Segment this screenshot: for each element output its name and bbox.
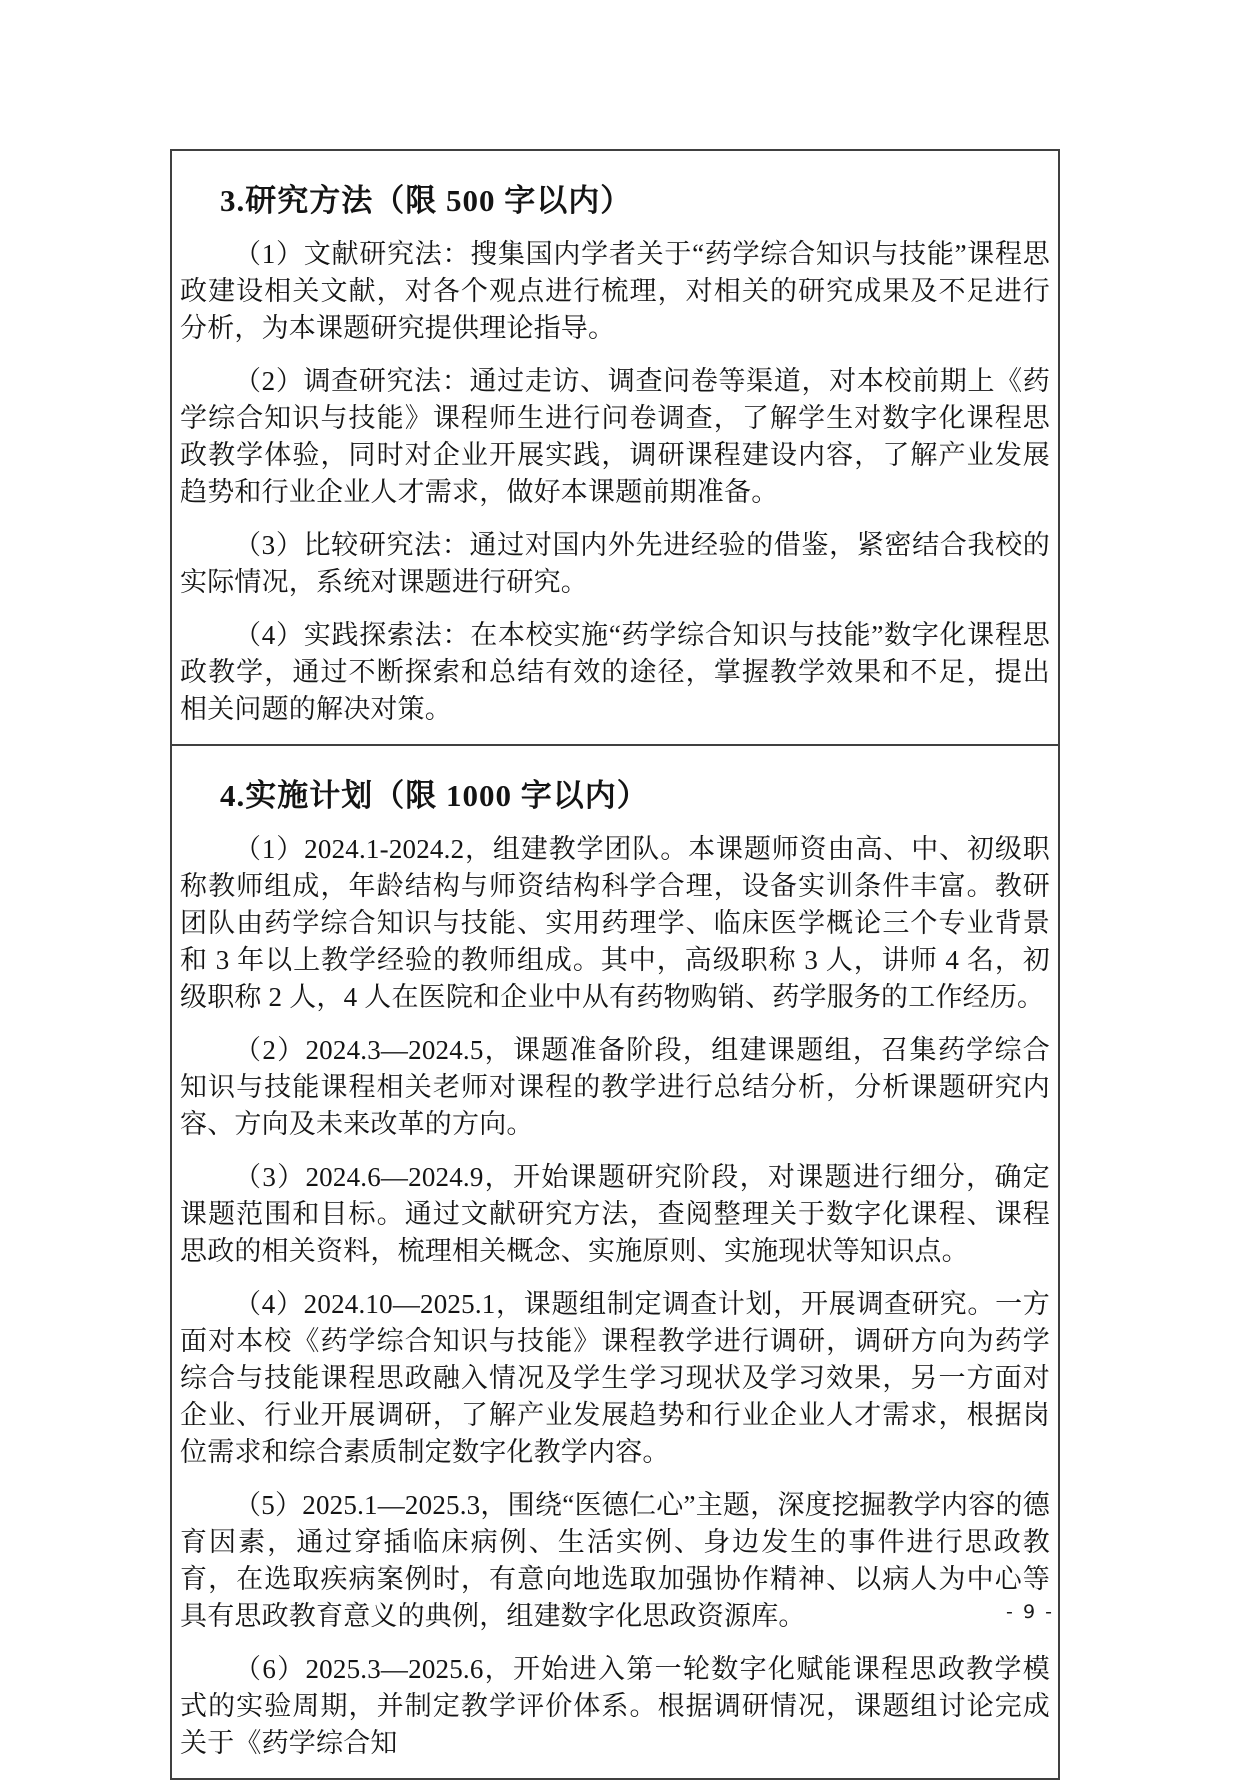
paragraph: （1）文献研究法：搜集国内学者关于“药学综合知识与技能”课程思政建设相关文献，对…: [180, 236, 1050, 347]
paragraph: （2）2024.3—2024.5，课题准备阶段，组建课题组，召集药学综合知识与技…: [180, 1032, 1050, 1143]
section-implementation-plan: 4.实施计划（限 1000 字以内） （1）2024.1-2024.2，组建教学…: [172, 744, 1058, 1778]
paragraph: （1）2024.1-2024.2，组建教学团队。本课题师资由高、中、初级职称教师…: [180, 831, 1050, 1016]
paragraph: （4）2024.10—2025.1，课题组制定调查计划，开展调查研究。一方面对本…: [180, 1286, 1050, 1471]
paragraph: （4）实践探索法：在本校实施“药学综合知识与技能”数字化课程思政教学，通过不断探…: [180, 617, 1050, 728]
section-research-methods-title: 3.研究方法（限 500 字以内）: [220, 175, 1050, 220]
section-implementation-plan-title: 4.实施计划（限 1000 字以内）: [220, 770, 1050, 815]
page-number: - 9 -: [1000, 1601, 1060, 1623]
paragraph: （6）2025.3—2025.6，开始进入第一轮数字化赋能课程思政教学模式的实验…: [180, 1651, 1050, 1762]
form-table: 3.研究方法（限 500 字以内） （1）文献研究法：搜集国内学者关于“药学综合…: [170, 149, 1060, 1780]
paragraph: （3）比较研究法：通过对国内外先进经验的借鉴，紧密结合我校的实际情况，系统对课题…: [180, 527, 1050, 601]
section-research-methods: 3.研究方法（限 500 字以内） （1）文献研究法：搜集国内学者关于“药学综合…: [172, 151, 1058, 744]
paragraph: （5）2025.1—2025.3，围绕“医德仁心”主题，深度挖掘教学内容的德育因…: [180, 1487, 1050, 1635]
paragraph: （2）调查研究法：通过走访、调查问卷等渠道，对本校前期上《药学综合知识与技能》课…: [180, 363, 1050, 511]
paragraph: （3）2024.6—2024.9，开始课题研究阶段，对课题进行细分，确定课题范围…: [180, 1159, 1050, 1270]
